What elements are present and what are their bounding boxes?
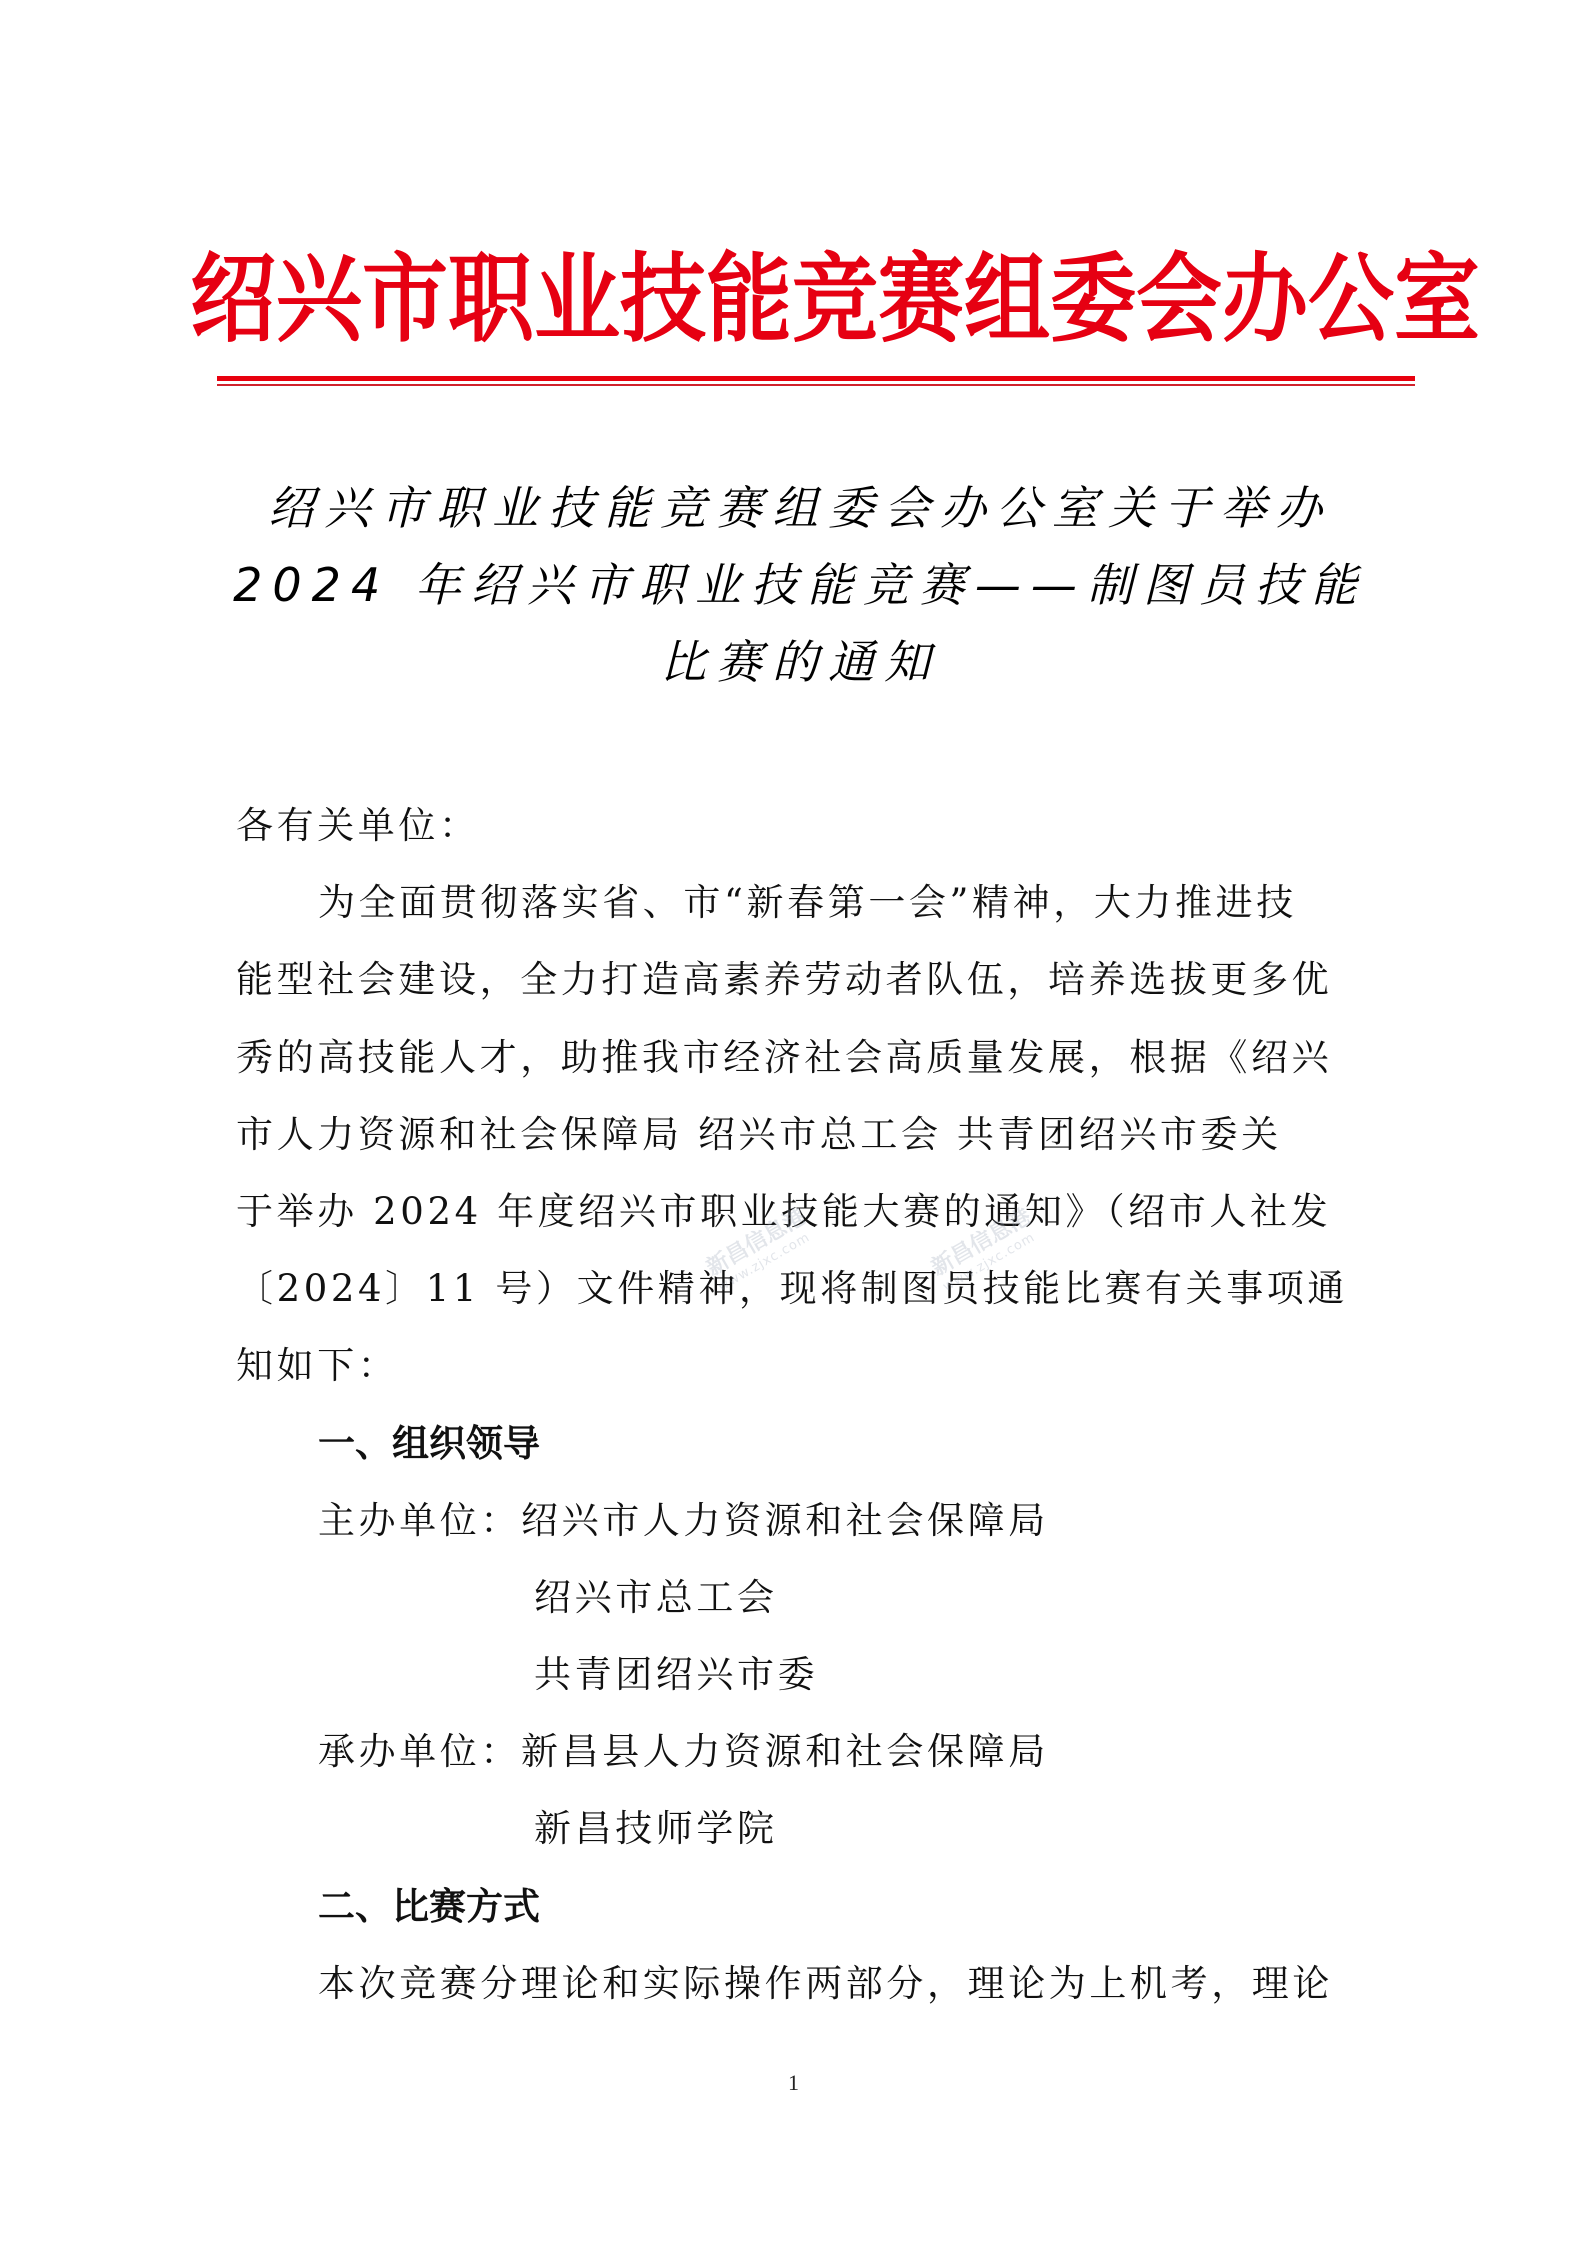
document-page: 绍兴市职业技能竞赛组委会办公室 绍兴市职业技能竞赛组委会办公室关于举办 2024… — [0, 0, 1587, 2245]
paragraph-line: 知如下： — [236, 1327, 1376, 1404]
organizer-name: 绍兴市总工会 — [236, 1559, 1376, 1636]
paragraph-line: 能型社会建设，全力打造高素养劳动者队伍，培养选拔更多优 — [236, 941, 1376, 1018]
salutation: 各有关单位： — [236, 787, 1376, 864]
document-title-line: 绍兴市职业技能竞赛组委会办公室关于举办 — [230, 470, 1370, 547]
paragraph-line: 市人力资源和社会保障局 绍兴市总工会 共青团绍兴市委关 — [236, 1096, 1376, 1173]
masthead-rule-thick — [217, 376, 1415, 381]
document-body: 各有关单位： 为全面贯彻落实省、市“新春第一会”精神，大力推进技 能型社会建设，… — [236, 787, 1376, 2022]
organizer-label: 主办单位： — [318, 1499, 521, 1542]
undertaker-label: 承办单位： — [318, 1730, 521, 1773]
undertaker-row: 承办单位：新昌县人力资源和社会保障局 — [236, 1713, 1376, 1790]
page-number: 1 — [0, 2070, 1587, 2096]
undertaker-name: 新昌县人力资源和社会保障局 — [521, 1730, 1049, 1773]
masthead-rule-thin — [217, 384, 1415, 386]
document-title-line: 比赛的通知 — [230, 624, 1370, 701]
organizer-name: 绍兴市人力资源和社会保障局 — [521, 1499, 1049, 1542]
paragraph-line: 于举办 2024 年度绍兴市职业技能大赛的通知》（绍市人社发 — [236, 1173, 1376, 1250]
undertaker-name: 新昌技师学院 — [236, 1790, 1376, 1867]
masthead-title: 绍兴市职业技能竞赛组委会办公室 — [190, 233, 1430, 367]
section-heading: 一、组织领导 — [236, 1405, 1376, 1482]
paragraph-line: 秀的高技能人才，助推我市经济社会高质量发展，根据《绍兴 — [236, 1019, 1376, 1096]
paragraph-line: 〔2024〕11 号）文件精神，现将制图员技能比赛有关事项通 — [236, 1250, 1376, 1327]
section-heading: 二、比赛方式 — [236, 1868, 1376, 1945]
paragraph-line: 本次竞赛分理论和实际操作两部分，理论为上机考，理论 — [236, 1945, 1376, 2022]
organizer-name: 共青团绍兴市委 — [236, 1636, 1376, 1713]
paragraph-line: 为全面贯彻落实省、市“新春第一会”精神，大力推进技 — [236, 864, 1376, 941]
document-title-line: 2024 年绍兴市职业技能竞赛——制图员技能 — [230, 547, 1370, 624]
organizer-row: 主办单位：绍兴市人力资源和社会保障局 — [236, 1482, 1376, 1559]
document-title: 绍兴市职业技能竞赛组委会办公室关于举办 2024 年绍兴市职业技能竞赛——制图员… — [230, 470, 1370, 701]
